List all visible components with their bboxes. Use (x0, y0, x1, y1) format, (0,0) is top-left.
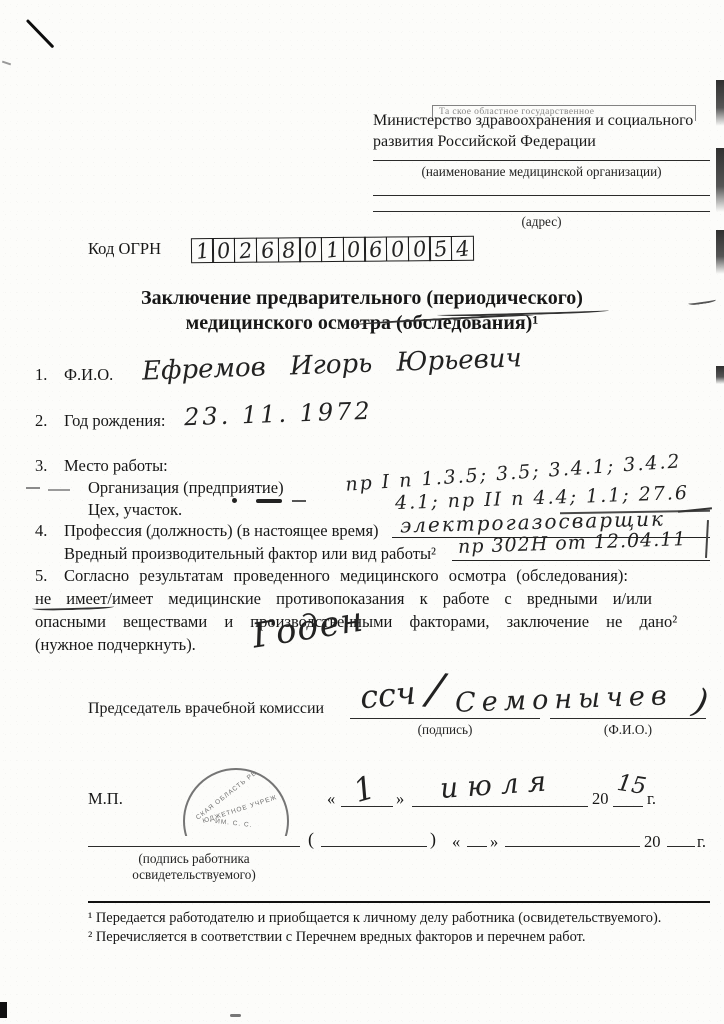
ogrn-digit: 0 (411, 236, 427, 261)
row2-paren-line (321, 846, 427, 847)
footnote-1: ¹ Передается работодателю и приобщается … (88, 910, 718, 927)
row2-close-paren: ) (430, 829, 436, 850)
ogrn-digit: 1 (194, 238, 210, 263)
scan-edge-bar-3 (716, 230, 724, 274)
ogrn-cell: 2 (234, 238, 257, 263)
date-year-line (613, 806, 643, 807)
blank-write-line (373, 195, 710, 196)
ogrn-cell: 5 (429, 236, 452, 261)
ogrn-cell: 1 (321, 237, 344, 262)
ogrn-cell: 1 (191, 238, 214, 263)
org-name-line (373, 160, 710, 161)
item4-label: Профессия (должность) (в настоящее время… (64, 520, 379, 541)
date-month-handwriting: июля (439, 764, 556, 805)
ink-dash-2 (292, 500, 306, 502)
item3-label: Место работы: (64, 455, 168, 476)
footnote-2: ² Перечисляется в соответствии с Перечне… (88, 929, 718, 946)
row2-day-line (467, 846, 487, 847)
corner-mark-bottom-left (0, 1002, 7, 1018)
ogrn-digit: 5 (433, 236, 449, 261)
chairman-signature-caption: (подпись) (350, 722, 540, 738)
ogrn-digit: 6 (368, 236, 384, 261)
chairman-signature-handwriting: ссч (358, 674, 417, 717)
ogrn-digit: 6 (259, 237, 275, 262)
ogrn-cell: 0 (386, 236, 409, 261)
org-name-caption: (наименование медицинской организации) (373, 164, 710, 180)
chairman-fio-line (550, 718, 706, 719)
date-year-suffix: г. (647, 788, 656, 809)
item5-label: Согласно результатам проведенного медици… (64, 565, 724, 586)
item4-number: 4. (35, 520, 47, 541)
scan-edge-bar-4 (716, 366, 724, 384)
row2-year-suffix: г. (697, 831, 706, 852)
pen-mark-top-left (26, 19, 55, 48)
worker-signature-caption-1: (подпись работника (88, 851, 300, 867)
ministry-line-2: развития Российской Федерации (373, 133, 713, 151)
address-line (373, 211, 710, 212)
item3-shop-label: Цех, участок. (88, 499, 182, 520)
date-day-handwriting: 1 (349, 768, 379, 810)
form-title-line-1: Заключение предварительного (периодическ… (0, 286, 724, 311)
ogrn-digit: 0 (303, 237, 319, 262)
item5-number: 5. (35, 565, 47, 586)
ogrn-cell: 0 (343, 237, 366, 262)
date-month-line (412, 806, 588, 807)
ogrn-cell: 8 (277, 237, 300, 262)
ogrn-cell: 6 (364, 237, 387, 262)
chairman-fio-handwriting: Семонычев (455, 680, 673, 719)
date-open-quote: « (327, 788, 335, 809)
ogrn-digit: 4 (455, 236, 471, 261)
chairman-flourish: ) (689, 681, 712, 723)
ogrn-digit: 8 (281, 237, 297, 262)
ogrn-cell: 0 (408, 236, 431, 261)
smudge-dash-2 (48, 489, 70, 491)
item4-factor-handwriting: пр 302Н от 12.04.11 (458, 528, 687, 558)
ogrn-digit: 2 (238, 238, 254, 263)
item3-org-label: Организация (предприятие) (88, 477, 284, 498)
ink-dash (256, 499, 282, 503)
row2-close-quote: » (490, 831, 498, 852)
item2-number: 2. (35, 410, 47, 431)
scan-edge-bar-1 (716, 80, 724, 126)
ministry-line-1: Министерство здравоохранения и социально… (373, 112, 713, 130)
item1-number: 1. (35, 364, 47, 385)
ogrn-cell: 6 (256, 237, 279, 262)
row2-open-quote: « (452, 831, 460, 852)
ogrn-digit: 0 (216, 238, 232, 263)
chairman-signature-line (350, 718, 540, 719)
item4-label2: Вредный производительный фактор или вид … (64, 543, 436, 564)
chairman-fio-caption: (Ф.И.О.) (550, 722, 706, 738)
mp-label: М.П. (88, 788, 123, 809)
item2-handwriting-birthdate: 23. 11. 1972 (184, 397, 374, 432)
round-stamp: СКАЯ ОБЛАСТЬ РБ ЮДЖЕТНОЕ УЧРЕЖ ИМ. С. С. (181, 766, 291, 836)
ogrn-digit: 1 (324, 237, 340, 262)
scanned-medical-form: Та ское областное государственное Минист… (0, 0, 724, 1024)
ogrn-digit: 0 (390, 236, 406, 261)
worker-signature-line (88, 846, 300, 847)
address-caption: (адрес) (373, 214, 710, 230)
ogrn-cell: 0 (212, 238, 235, 263)
item4-factor-field: пр 302Н от 12.04.11 (452, 528, 710, 561)
item5-line1: не имеет/имеет медицинские противопоказа… (35, 588, 724, 609)
date-century: 20 (592, 788, 609, 809)
row2-century: 20 (644, 831, 661, 852)
chairman-slash-handwriting: / (425, 663, 447, 716)
scan-edge-bar-2 (716, 148, 724, 212)
date-close-quote: » (396, 788, 404, 809)
item1-handwriting-fio: Ефремов Игорь Юрьевич (142, 343, 523, 386)
item5-line3: (нужное подчеркнуть). (35, 634, 196, 655)
edge-smudge-left (2, 61, 11, 66)
ogrn-grid: 1 0 2 6 8 0 1 0 6 0 0 5 4 (192, 236, 474, 263)
ogrn-digit: 0 (346, 237, 362, 262)
item3-number: 3. (35, 455, 47, 476)
worker-signature-caption-2: освидетельствуемого) (88, 867, 300, 883)
footnote-rule (88, 901, 710, 903)
ink-dot (232, 498, 237, 503)
chairman-label: Председатель врачебной комиссии (88, 700, 324, 718)
row2-open-paren: ( (308, 829, 314, 850)
ogrn-cell: 0 (299, 237, 322, 262)
smudge-bottom (230, 1014, 241, 1017)
date-year-handwriting: 15 (615, 770, 648, 800)
ogrn-cell: 4 (451, 236, 474, 261)
row2-month-line (505, 846, 640, 847)
row2-year-line (667, 846, 695, 847)
ogrn-label: Код ОГРН (88, 238, 161, 259)
item5-line2: опасными веществами и производственными … (35, 611, 724, 632)
item2-label: Год рождения: (64, 410, 165, 431)
smudge-dash-1 (26, 487, 40, 489)
item1-label: Ф.И.О. (64, 364, 113, 385)
